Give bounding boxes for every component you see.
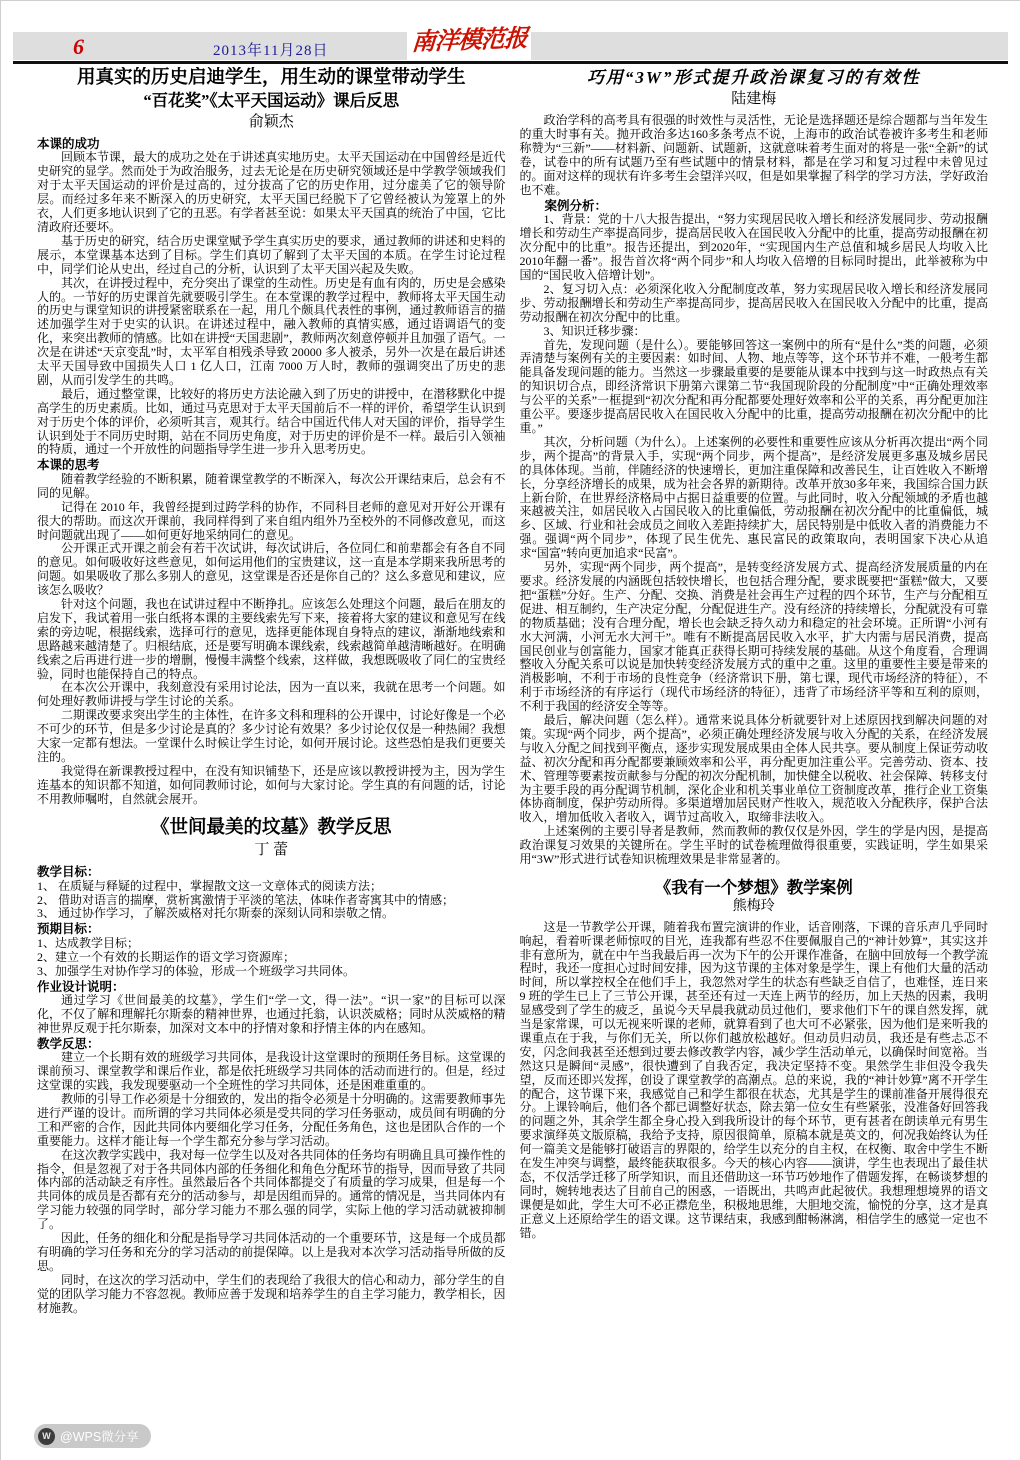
watermark-label: @WPS微分享: [60, 1427, 139, 1445]
article-title: 《世间最美的坟墓》教学反思: [37, 817, 506, 840]
right-column: 巧用“3W”形式提升政治课复习的有效性 陆建梅 政治学科的高考具有很强的时效性与…: [520, 67, 989, 1422]
paragraph: 最后，解决问题（怎么样）。通常来说具体分析就要针对上述原因找到解决问题的对策。实…: [520, 714, 989, 825]
page-body: 用真实的历史启迪学生，用生动的课堂带动学生 “百花奖”《太平天国运动》课后反思 …: [37, 67, 988, 1422]
section-heading: 作业设计说明：: [37, 980, 506, 995]
section-body: 通过学习《世间最美的坟墓》，学生们“学一文，得一法”。“识一家”的目标可以深化，…: [37, 994, 506, 1036]
paragraph: 建立一个长期有效的班级学习共同体，是我设计这堂课时的预期任务目标。这堂课的课前预…: [37, 1051, 506, 1093]
list-item: 2、建立一个有效的长期运作的语文学习资源库；: [37, 951, 506, 965]
paragraph: 最后，通过整堂课，比较好的将历史方法论融入到了历史的讲授中，在潜移默化中提高学生…: [37, 388, 506, 458]
paragraph: 1、背景：党的十八大报告提出，“努力实现居民收入增长和经济发展同步、劳动报酬增长…: [520, 213, 989, 283]
paragraph: 回顾本节课，最大的成功之处在于讲述真实地历史。太平天国运动在中国曾经是近代史研究…: [37, 151, 506, 234]
paragraph: 上述案例的主要引导者是教师，然而教师的教仅仅是外因，学生的学是内因，是提高政治课…: [520, 825, 989, 867]
paragraph: 通过学习《世间最美的坟墓》，学生们“学一文，得一法”。“识一家”的目标可以深化，…: [37, 994, 506, 1036]
section-heading: 本课的思考: [37, 458, 506, 473]
paragraph: 其次，在讲授过程中，充分突出了课堂的生动性。历史是有血有肉的，历史是会感染人的。…: [37, 277, 506, 388]
paragraph: 在本次公开课中，我刻意没有采用讨论法，因为一直以来，我就在思考一个问题。如何处理…: [37, 681, 506, 709]
paragraph: 基于历史的研究，结合历史课堂赋予学生真实历史的要求，通过教师的讲述和史料的展示，…: [37, 235, 506, 277]
page-number: 6: [73, 34, 84, 60]
article-author: 丁 蕾: [37, 842, 506, 859]
paragraph: 我觉得在新课教授过程中，在没有知识铺垫下，还是应该以教授讲授为主，因为学生连基本…: [37, 765, 506, 807]
section-body: 这是一节教学公开课，随着我布置完演讲的作业，话音刚落，下课的音乐声几乎同时响起，…: [520, 921, 989, 1241]
section-body: 建立一个长期有效的班级学习共同体，是我设计这堂课时的预期任务目标。这堂课的课前预…: [37, 1051, 506, 1315]
paragraph: 教师的引导工作必须是十分细致的，发出的指令必须是十分明确的。这需要教师事先进行严…: [37, 1093, 506, 1149]
list-item: 3、 通过协作学习，了解茨威格对托尔斯泰的深刻认同和崇敬之情。: [37, 907, 506, 921]
left-column: 用真实的历史启迪学生，用生动的课堂带动学生 “百花奖”《太平天国运动》课后反思 …: [37, 67, 506, 1422]
section-body: 1、达成教学目标；2、建立一个有效的长期运作的语文学习资源库；3、加强学生对协作…: [37, 937, 506, 979]
article-title-line1: 用真实的历史启迪学生，用生动的课堂带动学生: [37, 67, 506, 90]
masthead-box: 南洋模范报: [407, 14, 531, 60]
article-author: 俞颖杰: [37, 114, 506, 131]
newspaper-page: 6 2013年11月28日 南洋模范报 用真实的历史启迪学生，用生动的课堂带动学…: [0, 0, 1020, 1460]
paragraph: 2、复习切入点：必须深化收入分配制度改革，努力实现居民收入增长和经济发展同步、劳…: [520, 283, 989, 325]
article-title-line2: “百花奖”《太平天国运动》课后反思: [37, 90, 506, 111]
paragraph: 随着教学经验的不断积累，随着课堂教学的不断深入，每次公开课结束后，总会有不同的见…: [37, 473, 506, 501]
section-heading: 预期目标：: [37, 922, 506, 937]
paragraph: 政治学科的高考具有很强的时效性与灵活性，无论是选择题还是综合题都与当年发生的重大…: [520, 114, 989, 197]
paragraph: 同时，在这次的学习活动中，学生们的表现给了我很大的信心和动力，部分学生的自觉的团…: [37, 1274, 506, 1316]
paragraph: 公开课正式开课之前会有若干次试讲，每次试讲后，各位同仁和前辈都会有各自不同的意见…: [37, 542, 506, 598]
paragraph: 二期课改要求突出学生的主体性，在许多文科和理科的公开课中，讨论好像是一个必不可少…: [37, 709, 506, 765]
section-body: 回顾本节课，最大的成功之处在于讲述真实地历史。太平天国运动在中国曾经是近代史研究…: [37, 151, 506, 457]
paragraph: 在这次教学实践中，我对每一位学生以及对各共同体的任务均有明确且具可操作性的指令，…: [37, 1149, 506, 1232]
wps-watermark: W @WPS微分享: [34, 1424, 151, 1448]
paragraph: 首先，发现问题（是什么）。要能够回答这一案例中的所有“是什么”类的问题，必须弄清…: [520, 339, 989, 436]
paragraph: 3、知识迁移步骤：: [520, 325, 989, 339]
paragraph: 针对这个问题，我也在试讲过程中不断挣扎。应该怎么处理这个问题，最后在朋友的启发下…: [37, 598, 506, 681]
wps-logo-icon: W: [38, 1428, 55, 1445]
section-body: 政治学科的高考具有很强的时效性与灵活性，无论是选择题还是综合题都与当年发生的重大…: [520, 114, 989, 197]
header-rule: [13, 61, 1008, 64]
section-body: 1、背景：党的十八大报告提出，“努力实现居民收入增长和经济发展同步、劳动报酬增长…: [520, 213, 989, 867]
article-title: 巧用“3W”形式提升政治课复习的有效性: [520, 67, 989, 89]
article-author: 熊梅玲: [520, 899, 989, 915]
masthead-logo: 南洋模范报: [410, 18, 528, 57]
list-item: 1、 在质疑与释疑的过程中，掌握散文这一文章体式的阅读方法；: [37, 880, 506, 894]
section-heading: 教学目标：: [37, 865, 506, 880]
paragraph: 另外，实现“两个同步，两个提高”，是转变经济发展方式、提高经济发展质量的内在要求…: [520, 561, 989, 714]
section-body: 1、 在质疑与释疑的过程中，掌握散文这一文章体式的阅读方法；2、 借助对语言的揣…: [37, 880, 506, 922]
paragraph: 因此，任务的细化和分配是指导学习共同体活动的一个重要环节，这是每一个成员都有明确…: [37, 1232, 506, 1274]
article-title: 《我有一个梦想》教学案例: [520, 877, 989, 898]
paragraph: 这是一节教学公开课，随着我布置完演讲的作业，话音刚落，下课的音乐声几乎同时响起，…: [520, 921, 989, 1241]
paragraph: 记得在 2010 年，我曾经提到过跨学科的协作，不同科目老师的意见对开好公开课有…: [37, 501, 506, 543]
list-item: 3、加强学生对协作学习的体验，形成一个班级学习共同体。: [37, 965, 506, 979]
section-body: 随着教学经验的不断积累，随着课堂教学的不断深入，每次公开课结束后，总会有不同的见…: [37, 473, 506, 807]
paragraph: 其次，分析问题（为什么）。上述案例的必要性和重要性应该从分析再次提出“两个同步，…: [520, 436, 989, 561]
list-item: 1、达成教学目标；: [37, 937, 506, 951]
page-date: 2013年11月28日: [213, 39, 328, 60]
article-author: 陆建梅: [520, 91, 989, 108]
